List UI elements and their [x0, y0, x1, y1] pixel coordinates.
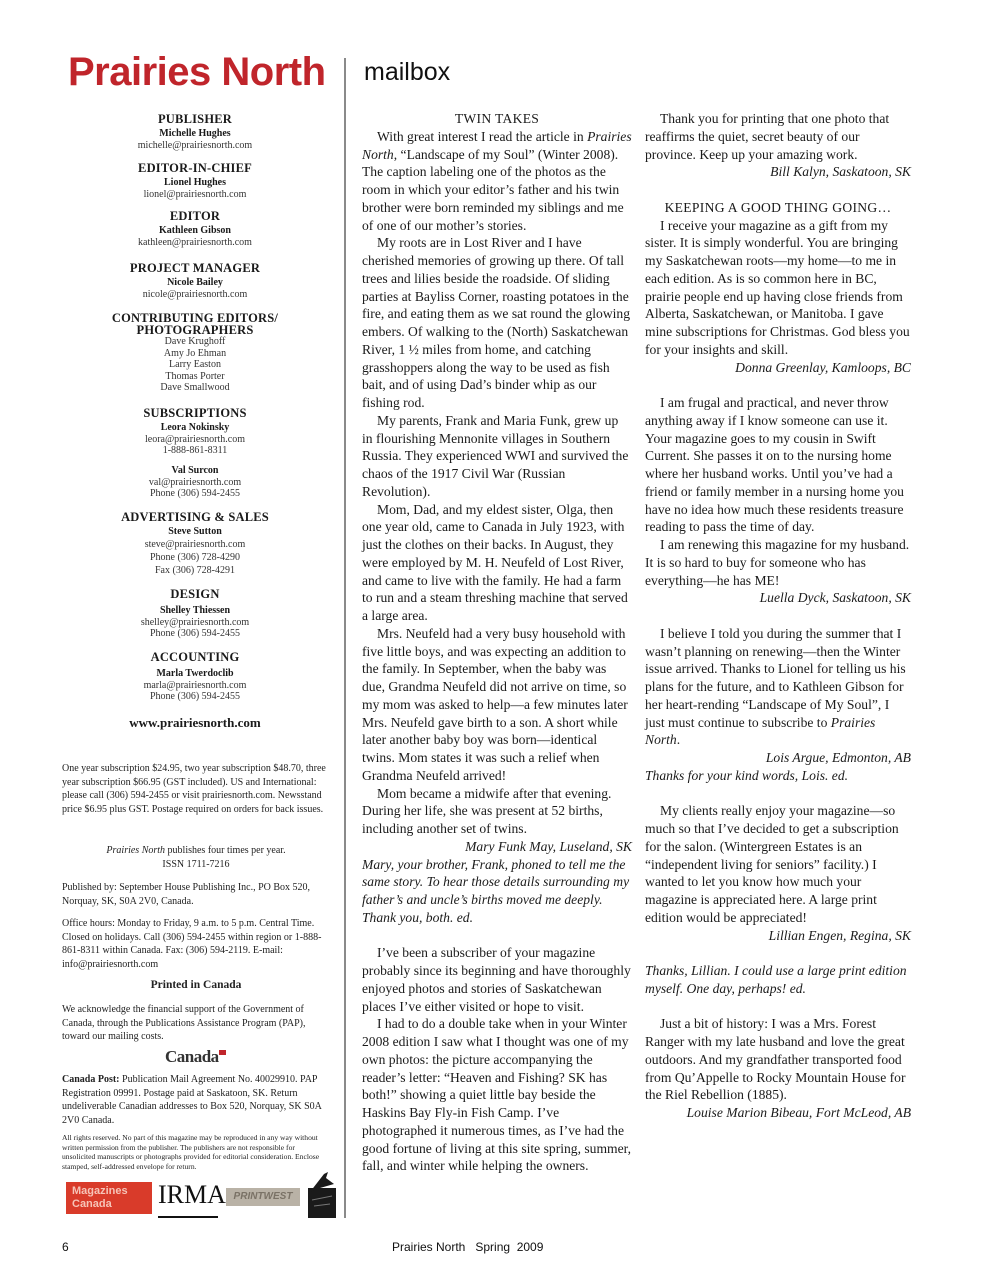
staff-phone: Phone (306) 594-2455	[60, 628, 330, 640]
staff-email: leora@prairiesnorth.com	[60, 434, 330, 446]
letter-paragraph: I had to do a double take when in your W…	[362, 1015, 632, 1175]
staff-email: nicole@prairiesnorth.com	[60, 289, 330, 301]
letter-paragraph: My parents, Frank and Maria Funk, grew u…	[362, 412, 632, 501]
staff-phone: 1-888-861-8311	[60, 445, 330, 457]
staff-name: Michelle Hughes	[60, 128, 330, 140]
magazines-canada-logo: Magazines Canada	[66, 1182, 152, 1214]
staff-phone: Phone (306) 728-4290	[60, 551, 330, 564]
goose-logo-icon	[306, 1170, 338, 1220]
staff-phone: Phone (306) 594-2455	[60, 691, 330, 703]
page-number: 6	[62, 1240, 69, 1254]
rights-notice: All rights reserved. No part of this mag…	[62, 1133, 330, 1171]
contributor-name: Dave Smallwood	[60, 382, 330, 394]
letter-signature: Luella Dyck, Saskatoon, SK	[645, 589, 911, 607]
editor-reply: Thanks, Lillian. I could use a large pri…	[645, 962, 911, 998]
acknowledgement: We acknowledge the financial support of …	[62, 1003, 330, 1044]
letter-signature: Louise Marion Bibeau, Fort McLeod, AB	[645, 1104, 911, 1122]
irma-logo: IRMA	[158, 1180, 218, 1218]
staff-name: Lionel Hughes	[60, 177, 330, 189]
staff-name: Shelley Thiessen	[60, 605, 330, 617]
role-heading: PROJECT MANAGER	[60, 261, 330, 275]
contributor-name: Thomas Porter	[60, 371, 330, 383]
letter-signature: Mary Funk May, Luseland, SK	[362, 838, 632, 856]
staff-name: Val Surcon	[60, 465, 330, 477]
flag-icon	[219, 1050, 226, 1055]
section-title: mailbox	[364, 54, 450, 90]
letters-column-2: Thank you for printing that one photo th…	[645, 110, 911, 1122]
staff-email: lionel@prairiesnorth.com	[60, 189, 330, 201]
letter-paragraph: I’ve been a subscriber of your magazine …	[362, 944, 632, 1015]
letters-column-1: TWIN TAKES With great interest I read th…	[362, 110, 632, 1175]
role-heading: DESIGN	[60, 587, 330, 601]
letter-signature: Lois Argue, Edmonton, AB	[645, 749, 911, 767]
magazine-title: Prairies North	[106, 845, 165, 856]
letter-heading: TWIN TAKES	[362, 110, 632, 128]
letter-paragraph: Thank you for printing that one photo th…	[645, 110, 911, 163]
letter-paragraph: With great interest I read the article i…	[362, 128, 632, 235]
column-divider	[344, 58, 346, 1218]
role-heading: EDITOR	[60, 209, 330, 223]
editor-reply: Thanks for your kind words, Lois. ed.	[645, 767, 911, 785]
staff-email: michelle@prairiesnorth.com	[60, 140, 330, 152]
footer-publication: Prairies North Spring 2009	[392, 1240, 543, 1254]
letter-paragraph: My roots are in Lost River and I have ch…	[362, 234, 632, 412]
role-heading: ACCOUNTING	[60, 650, 330, 664]
canada-post-info: Canada Post: Publication Mail Agreement …	[62, 1073, 330, 1128]
website-link[interactable]: www.prairiesnorth.com	[60, 715, 330, 730]
staff-phone: Phone (306) 594-2455	[60, 488, 330, 500]
staff-email: steve@prairiesnorth.com	[60, 538, 330, 551]
contributor-name: Amy Jo Ehman	[60, 348, 330, 360]
letter-paragraph: I believe I told you during the summer t…	[645, 625, 911, 749]
staff-name: Leora Nokinsky	[60, 422, 330, 434]
staff-email: kathleen@prairiesnorth.com	[60, 237, 330, 249]
issn: ISSN 1711-7216	[162, 859, 229, 870]
role-heading: PUBLISHER	[60, 112, 330, 126]
printwest-logo: PRINTWEST	[226, 1188, 300, 1206]
staff-name: Kathleen Gibson	[60, 225, 330, 237]
staff-email: marla@prairiesnorth.com	[60, 680, 330, 692]
letter-paragraph: I am renewing this magazine for my husba…	[645, 536, 911, 589]
canada-wordmark: Canada	[165, 1047, 226, 1067]
letter-signature: Donna Greenlay, Kamloops, BC	[645, 359, 911, 377]
staff-listing: PUBLISHER Michelle Hughes michelle@prair…	[60, 112, 330, 730]
staff-name: Nicole Bailey	[60, 277, 330, 289]
frequency-info: Prairies North publishes four times per …	[62, 844, 330, 871]
letter-signature: Bill Kalyn, Saskatoon, SK	[645, 163, 911, 181]
letter-paragraph: Mrs. Neufeld had a very busy household w…	[362, 625, 632, 785]
contributor-name: Larry Easton	[60, 359, 330, 371]
staff-name: Marla Twerdoclib	[60, 668, 330, 680]
staff-name: Steve Sutton	[60, 526, 330, 538]
role-heading: EDITOR-IN-CHIEF	[60, 161, 330, 175]
role-heading: ADVERTISING & SALES	[60, 510, 330, 524]
letter-paragraph: Mom became a midwife after that evening.…	[362, 785, 632, 838]
office-hours: Office hours: Monday to Friday, 9 a.m. t…	[62, 917, 330, 972]
letter-paragraph: Just a bit of history: I was a Mrs. Fore…	[645, 1015, 911, 1104]
role-heading: SUBSCRIPTIONS	[60, 406, 330, 420]
letter-paragraph: Mom, Dad, and my eldest sister, Olga, th…	[362, 501, 632, 625]
letter-paragraph: I receive your magazine as a gift from m…	[645, 217, 911, 359]
staff-fax: Fax (306) 728-4291	[60, 564, 330, 577]
publisher-address: Published by: September House Publishing…	[62, 881, 330, 908]
staff-email: val@prairiesnorth.com	[60, 477, 330, 489]
printed-in-canada: Printed in Canada	[62, 979, 330, 993]
brand-logo: Prairies North	[68, 48, 326, 96]
staff-email: shelley@prairiesnorth.com	[60, 617, 330, 629]
letter-signature: Lillian Engen, Regina, SK	[645, 927, 911, 945]
editor-reply: Mary, your brother, Frank, phoned to tel…	[362, 856, 632, 927]
contributor-name: Dave Krughoff	[60, 336, 330, 348]
letter-paragraph: I am frugal and practical, and never thr…	[645, 394, 911, 536]
role-heading: PHOTOGRAPHERS	[60, 324, 330, 336]
letter-heading: KEEPING A GOOD THING GOING…	[645, 199, 911, 217]
subscription-info: One year subscription $24.95, two year s…	[62, 762, 330, 817]
letter-paragraph: My clients really enjoy your magazine—so…	[645, 802, 911, 926]
